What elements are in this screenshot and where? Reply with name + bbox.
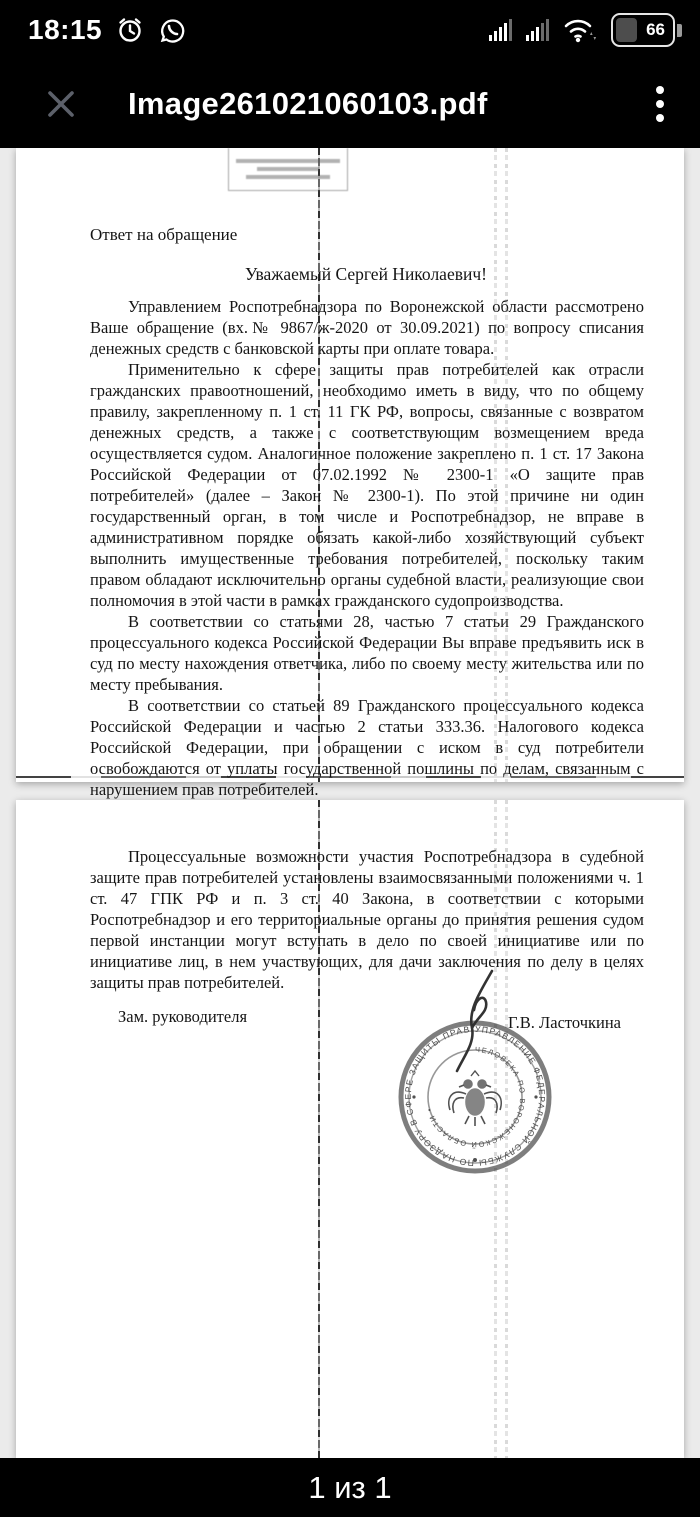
alarm-icon (115, 15, 145, 45)
scan-fold-line (318, 800, 320, 1458)
status-bar: 18:15 (0, 0, 700, 60)
letter-body: Процессуальные возможности участия Роспо… (90, 846, 644, 993)
wifi-icon (562, 15, 600, 45)
letter-paragraph: В соответствии со статьей 89 Гражданског… (90, 695, 644, 800)
letter-salutation: Уважаемый Сергей Николаевич! (90, 264, 642, 285)
battery-percent: 66 (646, 20, 665, 40)
page-indicator: 1 из 1 (308, 1470, 391, 1506)
letter-paragraph: В соответствии со статьями 28, частью 7 … (90, 611, 644, 695)
letter-paragraph: Управлением Роспотребнадзора по Воронежс… (90, 296, 644, 359)
title-bar: Image261021060103.pdf (0, 60, 700, 148)
letter-paragraph: Применительно к сфере защиты прав потреб… (90, 359, 644, 611)
registration-stamp-box (228, 148, 348, 191)
kebab-menu-icon[interactable] (650, 80, 670, 128)
battery-icon: 66 (611, 13, 682, 47)
letter-paragraph: Процессуальные возможности участия Роспо… (90, 846, 644, 993)
scan-crease-line (505, 148, 508, 782)
pdf-scroll-area[interactable]: Ответ на обращение Уважаемый Сергей Нико… (0, 148, 700, 1458)
pdf-viewer-app: 18:15 (0, 0, 700, 1517)
pdf-page-1: Ответ на обращение Уважаемый Сергей Нико… (16, 148, 684, 782)
pdf-page-2: Процессуальные возможности участия Роспо… (16, 800, 684, 1458)
signature-block: Зам. руководителя Г.В. Ласточкина (16, 1007, 684, 1047)
letter-subject: Ответ на обращение (90, 225, 684, 245)
clock-time: 18:15 (28, 14, 102, 46)
whatsapp-icon (158, 15, 188, 45)
pager-bar: 1 из 1 (0, 1458, 700, 1517)
double-headed-eagle-icon (449, 1071, 501, 1126)
signal-sim1-icon (488, 17, 514, 43)
official-round-seal: УПРАВЛЕНИЕ ФЕДЕРАЛЬНОЙ СЛУЖБЫ ПО НАДЗОРУ… (394, 1018, 556, 1176)
scan-crease-line (494, 148, 497, 782)
letter-body: Управлением Роспотребнадзора по Воронежс… (90, 296, 644, 800)
signal-sim2-icon (525, 17, 551, 43)
document-title: Image261021060103.pdf (128, 86, 488, 122)
close-icon[interactable] (44, 87, 78, 121)
signer-title: Зам. руководителя (118, 1007, 247, 1027)
scan-fold-line (318, 148, 320, 782)
scan-artifact-line (16, 776, 684, 778)
